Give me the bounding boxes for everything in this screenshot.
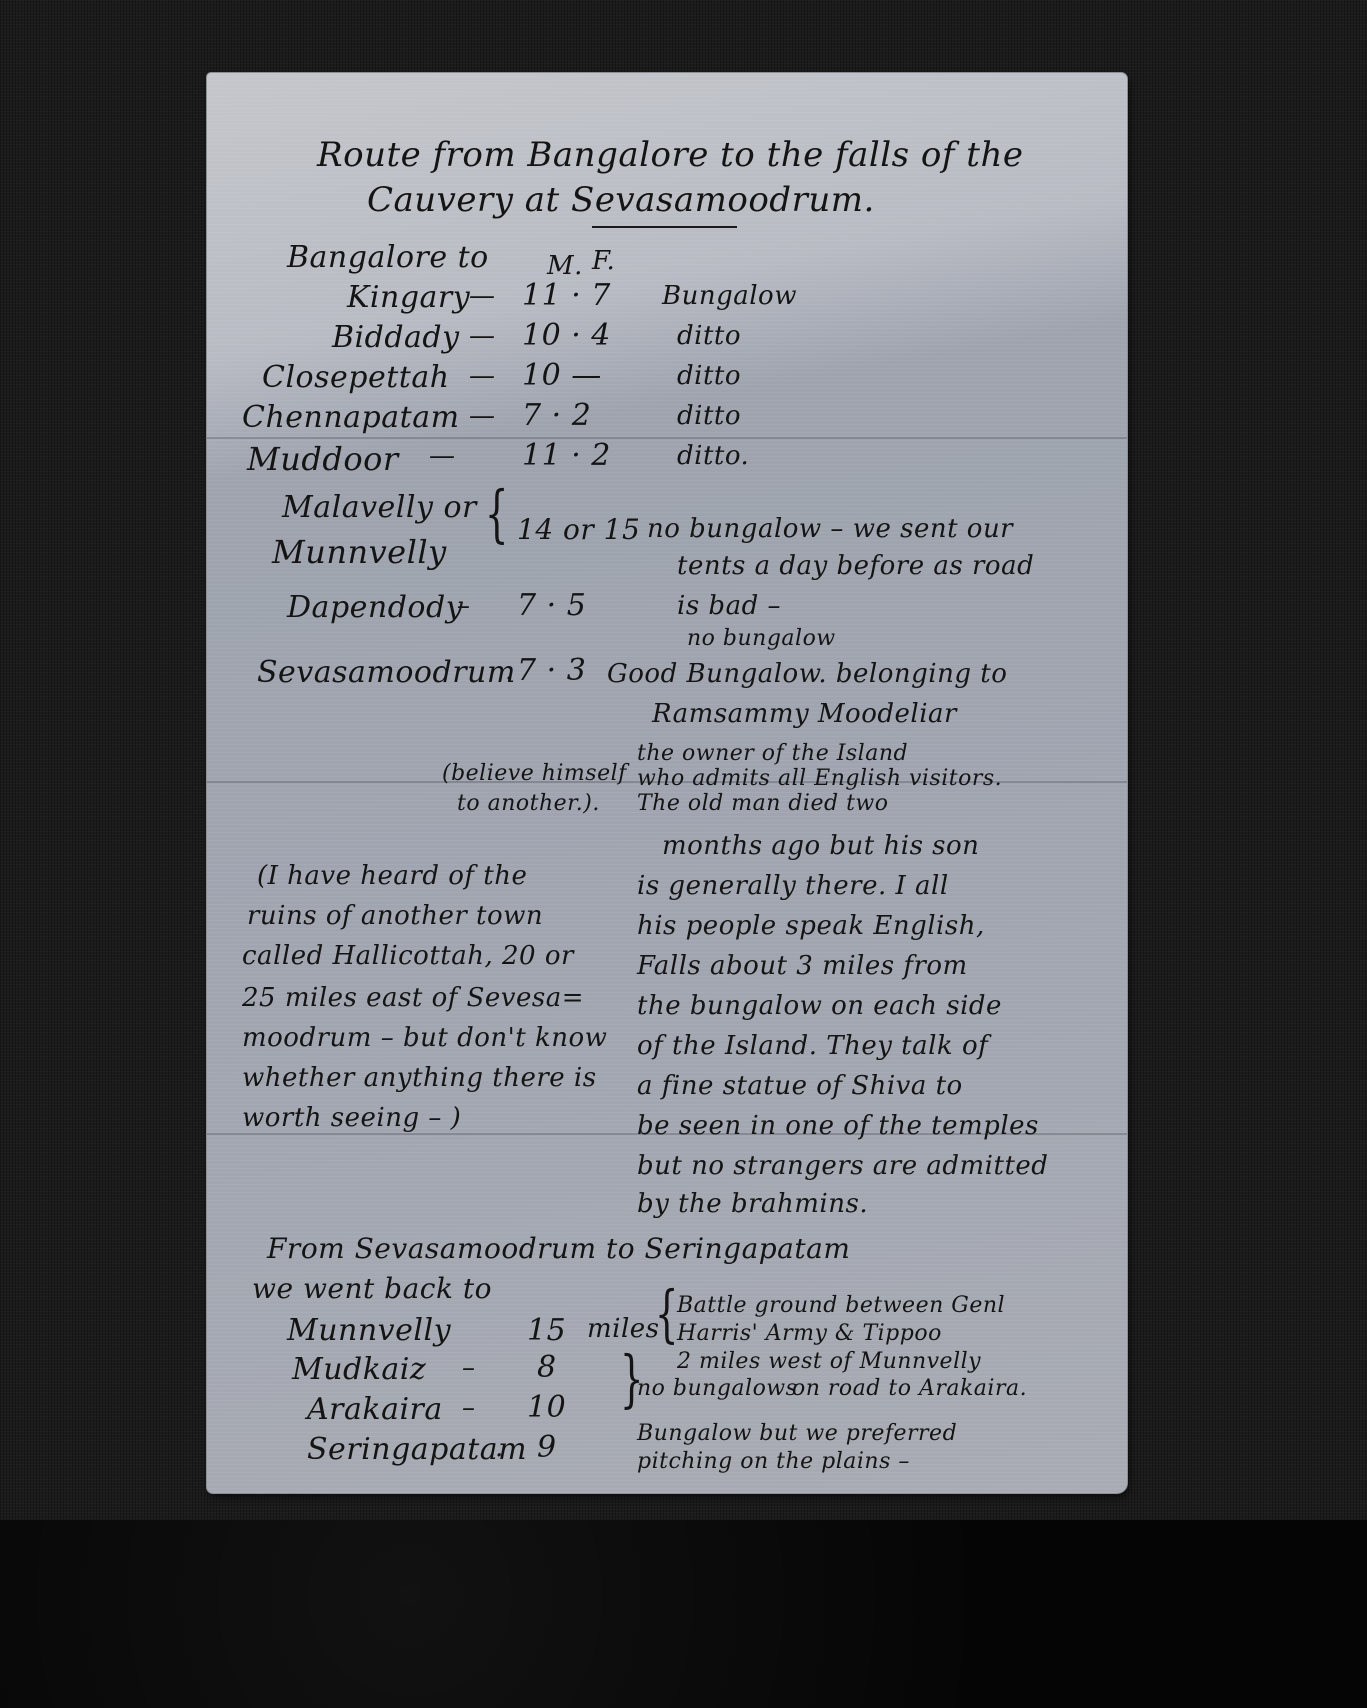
aside-line: moodrum – but don't know [242,1025,607,1051]
route-distance: 14 or 15 [517,516,640,544]
note-line: the owner of the Island [637,743,908,765]
seringapatam-note: Bungalow but we preferred [637,1423,957,1445]
route-place: Muddoor [247,443,399,475]
manuscript-page: Route from Bangalore to the falls of the… [207,73,1127,1493]
note-line: months ago but his son [662,833,979,859]
note-line: is generally there. I all [637,873,949,899]
route-note: Good Bungalow. belonging to [607,661,1007,687]
route-place-alt: Munnvelly [272,536,447,568]
return-distance: 9 [537,1433,557,1463]
return-place: Munnvelly [287,1316,451,1346]
route-place: Dapendody [287,593,463,623]
note-line: but no strangers are admitted [637,1153,1048,1179]
return-place: Mudkaiz [292,1355,426,1385]
battle-note: Battle ground between Genl [677,1295,1005,1317]
note-line: Ramsammy Moodeliar [652,701,957,727]
return-distance: 10 [527,1393,566,1423]
note-line: The old man died two [637,793,888,815]
route-place: Biddady [332,323,460,353]
route-distance: 10 · 4 [522,321,611,351]
note-line: a fine statue of Shiva to [637,1073,963,1099]
aside-line: whether anything there is [242,1065,597,1091]
return-dash: . [495,1435,504,1461]
route-note: no bungalow – we sent our [647,516,1013,542]
return-place: Arakaira [307,1395,443,1425]
aside-line: worth seeing – ) [242,1105,461,1131]
aside-line: (I have heard of the [257,863,527,889]
route-dash: — [469,283,496,309]
battle-note: Harris' Army & Tippoo [677,1323,942,1345]
title-underline [592,226,737,228]
route-distance: 7 · 5 [517,591,586,621]
route-dash: – [457,593,471,619]
dark-backdrop [0,1520,1367,1708]
route-dash: . [505,658,514,684]
route-place: Sevasamoodrum [257,658,516,688]
return-intro: From Sevasamoodrum to Seringapatam [267,1235,850,1263]
route-note: no bungalow [687,628,836,650]
return-dash: – [462,1355,476,1381]
route-distance: 11 · 7 [522,281,611,311]
route-note-cont: is bad – [677,593,781,619]
note-line: of the Island. They talk of [637,1033,988,1059]
aside-line: called Hallicottah, 20 or [242,943,574,969]
route-intro: Bangalore to [287,243,489,273]
title-line-2: Cauvery at Sevasamoodrum. [367,183,875,217]
route-place: Kingary [347,283,470,313]
route-distance: 11 · 2 [522,441,611,471]
fold-line [207,437,1127,439]
route-note: ditto [677,403,741,429]
return-intro: we went back to [252,1275,492,1303]
brace-icon: { [485,483,509,545]
route-dash: — [469,403,496,429]
note-line: Falls about 3 miles from [637,953,968,979]
route-note: ditto [677,363,741,389]
aside-believe-line: (believe himself [442,763,627,785]
route-dash: — [469,363,496,389]
note-line: be seen in one of the temples [637,1113,1039,1139]
brace-icon: { [655,1283,679,1345]
battle-note: 2 miles west of Munnvelly [677,1351,981,1373]
route-distance: 7 · 3 [517,656,586,686]
return-unit: miles [587,1316,660,1342]
route-dash: — [469,323,496,349]
miles-header: M. [547,253,583,279]
note-line: his people speak English, [637,913,985,939]
route-dash: — [429,443,456,469]
note-line: who admits all English visitors. [637,768,1002,790]
furlongs-header: F. [592,248,615,274]
return-distance: 15 [527,1316,566,1346]
route-place: Closepettah [262,363,450,393]
return-distance: 8 [537,1353,557,1383]
route-place: Malavelly or [282,493,477,523]
route-note-cont: tents a day before as road [677,553,1034,579]
title-line-1: Route from Bangalore to the falls of the [317,138,1023,172]
route-place: Chennapatam [242,403,460,433]
on-road-note: on road to Arakaira. [792,1378,1027,1400]
no-bungalows-note: no bungalows [637,1378,797,1400]
aside-believe-line: to another.). [457,793,600,815]
route-note: Bungalow [662,283,797,309]
route-note: ditto [677,323,741,349]
route-note: ditto. [677,443,749,469]
return-dash: – [462,1395,476,1421]
note-line: by the brahmins. [637,1191,868,1217]
route-distance: 7 · 2 [522,401,591,431]
route-distance: 10 — [522,361,602,391]
seringapatam-note: pitching on the plains – [637,1451,910,1473]
aside-line: 25 miles east of Sevesa= [242,985,584,1011]
aside-line: ruins of another town [247,903,543,929]
note-line: the bungalow on each side [637,993,1002,1019]
